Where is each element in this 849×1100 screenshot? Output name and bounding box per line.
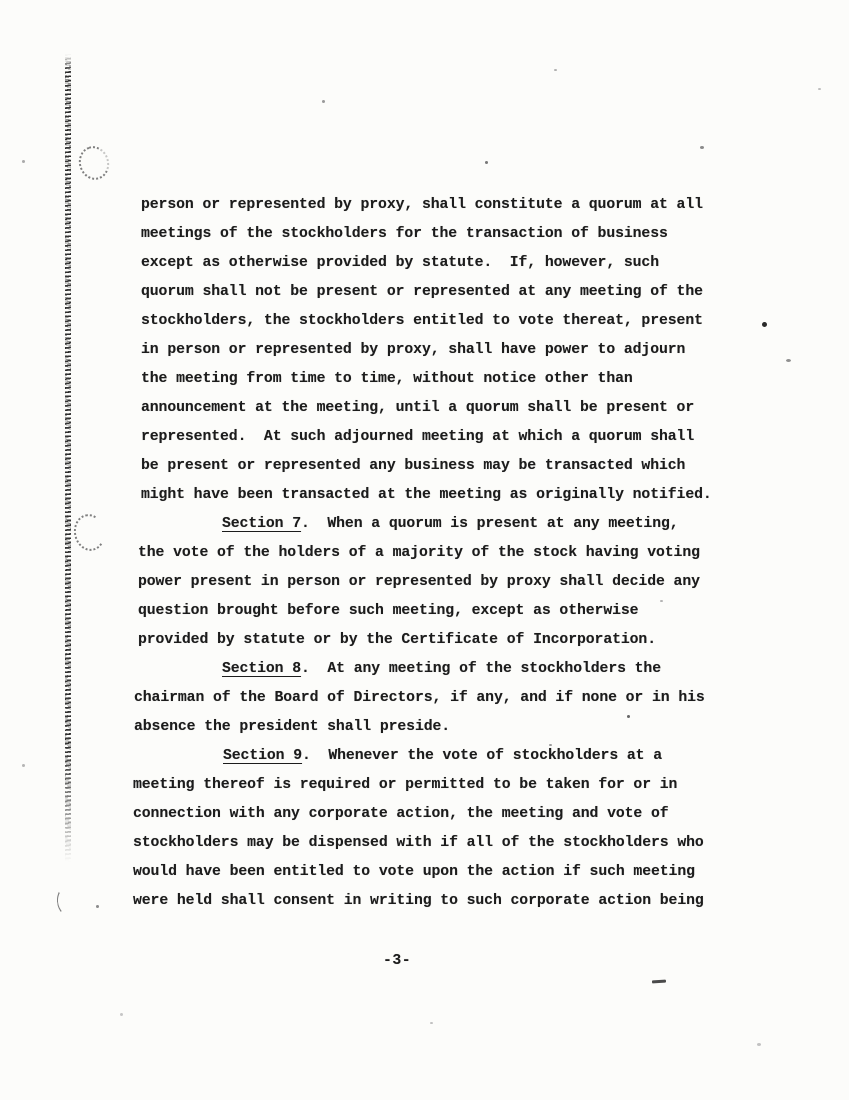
scan-speck	[818, 88, 821, 90]
scan-speck	[322, 100, 325, 103]
section-8-heading: Section 8	[222, 661, 301, 677]
scan-speck	[627, 715, 630, 718]
scan-speck	[762, 322, 767, 327]
document-body: person or represented by proxy, shall co…	[139, 191, 759, 916]
section-9-heading: Section 9	[223, 748, 302, 764]
section-8-paragraph: Section 8. At any meeting of the stockho…	[134, 655, 759, 742]
scan-speck	[786, 359, 791, 362]
scan-speck	[554, 69, 557, 71]
section-7-text: . When a quorum is present at any meetin…	[138, 516, 700, 648]
section-9-text: . Whenever the vote of stockholders at a…	[133, 748, 704, 909]
scan-speck	[430, 1022, 433, 1024]
perforated-binding-edge	[65, 54, 71, 862]
stray-ink-dash	[652, 980, 666, 984]
section-7-paragraph: Section 7. When a quorum is present at a…	[138, 510, 759, 655]
scan-speck	[120, 1013, 123, 1016]
punch-hole-mark-middle	[70, 511, 108, 554]
punch-hole-mark-top	[74, 142, 113, 184]
section-8-text: . At any meeting of the stockholders the…	[134, 661, 705, 735]
section-9-paragraph: Section 9. Whenever the vote of stockhol…	[133, 742, 759, 916]
scan-speck	[485, 161, 488, 164]
section-7-heading: Section 7	[222, 516, 301, 532]
scan-speck	[660, 600, 663, 602]
punch-hole-mark-bottom	[55, 884, 83, 918]
scan-speck	[757, 1043, 761, 1046]
page-number: -3-	[383, 953, 411, 969]
scan-speck	[22, 160, 25, 163]
scan-speck	[549, 744, 552, 746]
scanned-document-page: person or represented by proxy, shall co…	[0, 0, 849, 1100]
scan-speck	[700, 146, 704, 149]
paragraph-quorum-continuation: person or represented by proxy, shall co…	[141, 191, 759, 510]
scan-speck	[96, 905, 99, 908]
scan-speck	[22, 764, 25, 767]
